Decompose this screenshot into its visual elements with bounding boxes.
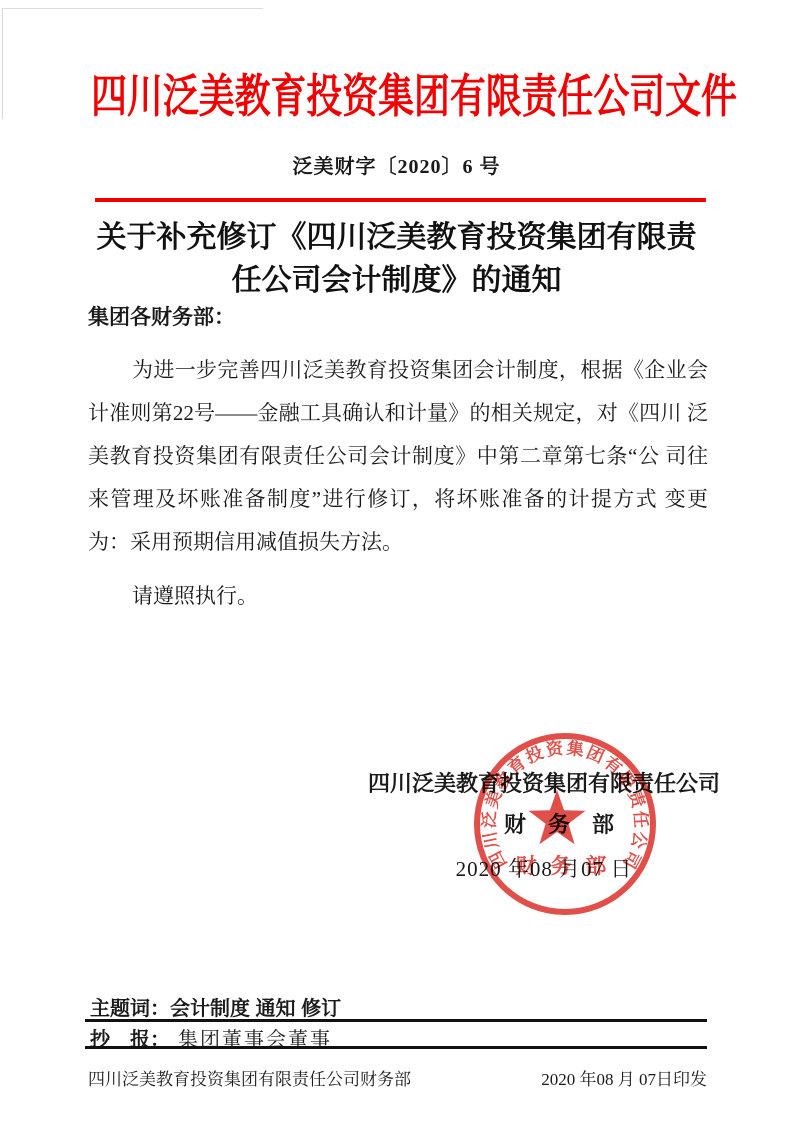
body-line: 计准则第22号——金融工具确认和计量》的相关规定，对《四川 泛 xyxy=(88,392,708,435)
body-line: 为进一步完善四川泛美教育投资集团会计制度，根据《企业会 xyxy=(88,349,708,392)
letterhead-text: 四川泛美教育投资集团有限责任公司文件 xyxy=(91,70,737,122)
document-number: 泛美财字〔2020〕6 号 xyxy=(0,150,793,179)
signature-department: 财 务 部 xyxy=(360,812,728,838)
print-date: 2020 年08 月 07日印发 xyxy=(541,1065,707,1090)
body-line: 来管理及坏账准备制度”进行修订，将坏账准备的计提方式 变更 xyxy=(88,478,708,521)
subject-row: 主题词：会计制度 通知 修订 xyxy=(90,992,706,1021)
salutation: 集团各财务部： xyxy=(88,301,235,331)
notice-title-line2: 任公司会计制度》的通知 xyxy=(60,259,733,302)
subject-value: 会计制度 通知 修订 xyxy=(170,998,341,1020)
document-page: 四川泛美教育投资集团有限责任公司文件 泛美财字〔2020〕6 号 关于补充修订《… xyxy=(0,0,793,1122)
print-info-row: 四川泛美教育投资集团有限责任公司财务部 2020 年08 月 07日印发 xyxy=(88,1065,707,1090)
signature-block: 四川泛美教育投资集团有限责任公司 财 务 部 2020 年08 月07 日 xyxy=(360,771,728,881)
footer-rule-top xyxy=(85,1019,707,1022)
notice-title: 关于补充修订《四川泛美教育投资集团有限责 任公司会计制度》的通知 xyxy=(60,216,733,302)
signature-date: 2020 年08 月07 日 xyxy=(360,857,728,881)
red-separator-rule xyxy=(95,198,706,202)
body-line: 美教育投资集团有限责任公司会计制度》中第二章第七条“公 司往 xyxy=(88,435,708,478)
body-paragraph: 为进一步完善四川泛美教育投资集团会计制度，根据《企业会 计准则第22号——金融工… xyxy=(88,349,708,564)
body-line: 为：采用预期信用减值损失方法。 xyxy=(88,521,708,564)
closing-sentence: 请遵照执行。 xyxy=(132,580,258,610)
notice-title-line1: 关于补充修订《四川泛美教育投资集团有限责 xyxy=(60,216,733,259)
footer-rule-bottom xyxy=(85,1046,707,1049)
letterhead-title: 四川泛美教育投资集团有限责任公司文件 xyxy=(0,70,793,122)
print-issuer: 四川泛美教育投资集团有限责任公司财务部 xyxy=(88,1065,411,1090)
signature-company: 四川泛美教育投资集团有限责任公司 xyxy=(360,771,728,797)
subject-label: 主题词： xyxy=(90,998,170,1020)
